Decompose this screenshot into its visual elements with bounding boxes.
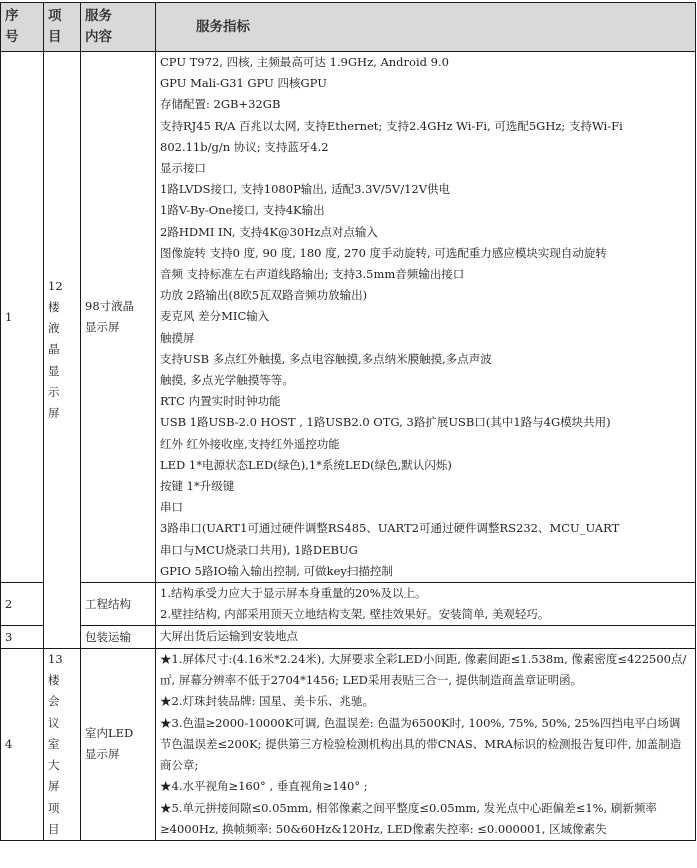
header-item-line: 目 [48, 27, 76, 48]
item-line: 液 [48, 318, 76, 339]
row-details: 大屏出货后运输到安装地点 [156, 626, 696, 649]
detail-line: 2路HDMI IN, 支持4K@30Hz点对点输入 [160, 222, 691, 243]
item-line: 13 [48, 649, 76, 670]
row-number: 3 [1, 626, 44, 649]
detail-line: GPIO 5路IO输入输出控制, 可做key扫描控制 [160, 561, 691, 582]
item-line: 大 [48, 755, 76, 776]
table-row: 1 12 楼 液 晶 显 示 屏 98寸液晶 显示屏 CPU T972, 四核,… [1, 52, 696, 583]
detail-line: 麦克风 差分MIC输入 [160, 306, 691, 327]
row-number: 1 [1, 52, 44, 583]
detail-line: ★1.屏体尺寸:(4.16米*2.24米), 大屏要求全彩LED小间距, 像素间… [160, 649, 691, 691]
detail-line: 支持USB 多点红外触摸, 多点电容触摸,多点纳米膜触摸,多点声波 [160, 349, 691, 370]
detail-line: ★4.水平视角≥160° , 垂直视角≥140° ; [160, 776, 691, 797]
row-details: 1.结构承受力应大于显示屏本身重量的20%及以上。 2.壁挂结构, 内部采用顶天… [156, 583, 696, 626]
detail-line: CPU T972, 四核, 主频最高可达 1.9GHz, Android 9.0 [160, 52, 691, 73]
detail-line: ★5.单元拼接间隙≤0.05mm, 相邻像素之间平整度≤0.05mm, 发光点中… [160, 798, 691, 840]
item-line: 屏 [48, 776, 76, 797]
row-number: 2 [1, 583, 44, 626]
content-line: 显示屏 [85, 744, 151, 765]
row-content: 98寸液晶 显示屏 [81, 52, 156, 583]
item-line: 屏 [48, 403, 76, 424]
item-line: 12 [48, 276, 76, 297]
detail-line: 1.结构承受力应大于显示屏本身重量的20%及以上。 [160, 583, 691, 604]
table-header-row: 序 号 项 目 服务 内容 服务指标 [1, 3, 696, 52]
row-item: 13 楼 会 议 室 大 屏 项 目 [44, 649, 81, 841]
detail-line: ★3.色温≥2000-10000K可调, 色温误差: 色温为6500K时, 10… [160, 713, 691, 777]
item-line: 晶 [48, 339, 76, 360]
content-line: 显示屏 [85, 317, 151, 338]
item-line: 显 [48, 361, 76, 382]
detail-line: RTC 内置实时时钟功能 [160, 391, 691, 412]
detail-line: 1路LVDS接口, 支持1080P输出, 适配3.3V/5V/12V供电 [160, 179, 691, 200]
detail-line: USB 1路USB-2.0 HOST , 1路USB2.0 OTG, 3路扩展U… [160, 412, 691, 433]
header-indicator: 服务指标 [156, 3, 696, 52]
table-row: 4 13 楼 会 议 室 大 屏 项 目 室内LED 显示屏 ★1.屏体尺寸:(… [1, 649, 696, 841]
detail-line: 3路串口(UART1可通过硬件调整RS485、UART2可通过硬件调整RS232… [160, 518, 691, 539]
item-line: 示 [48, 382, 76, 403]
row-details: CPU T972, 四核, 主频最高可达 1.9GHz, Android 9.0… [156, 52, 696, 583]
table-row: 3 包装运输 大屏出货后运输到安装地点 [1, 626, 696, 649]
service-spec-table: 序 号 项 目 服务 内容 服务指标 1 12 楼 液 晶 显 示 [0, 2, 696, 841]
content-line: 98寸液晶 [85, 296, 151, 317]
item-line: 室 [48, 734, 76, 755]
detail-line: 音频 支持标准左右声道线路输出; 支持3.5mm音频输出接口 [160, 264, 691, 285]
header-no: 序 号 [1, 3, 44, 52]
detail-line: 图像旋转 支持0 度, 90 度, 180 度, 270 度手动旋转, 可选配重… [160, 243, 691, 264]
content-line: 室内LED [85, 723, 151, 744]
detail-line: 显示接口 [160, 158, 691, 179]
item-line: 项 [48, 798, 76, 819]
row-details: ★1.屏体尺寸:(4.16米*2.24米), 大屏要求全彩LED小间距, 像素间… [156, 649, 696, 841]
header-content: 服务 内容 [81, 3, 156, 52]
item-line: 会 [48, 691, 76, 712]
detail-line: 2.壁挂结构, 内部采用顶天立地结构支架, 壁挂效果好。安装简单, 美观轻巧。 [160, 604, 691, 625]
detail-line: 存储配置: 2GB+32GB [160, 94, 691, 115]
row-content: 工程结构 [81, 583, 156, 626]
detail-line: 大屏出货后运输到安装地点 [160, 626, 691, 647]
header-item-line: 项 [48, 6, 76, 27]
detail-line: 触摸屏 [160, 328, 691, 349]
detail-line: ★2.灯珠封装品牌: 国星、美卡乐、兆驰。 [160, 691, 691, 712]
detail-line: 串口与MCU烧录口共用), 1路DEBUG [160, 540, 691, 561]
header-no-line: 号 [5, 27, 39, 48]
detail-line: 功放 2路输出(8欧5瓦双路音频功放输出) [160, 285, 691, 306]
row-content: 包装运输 [81, 626, 156, 649]
item-line: 目 [48, 819, 76, 840]
detail-line: 红外 红外接收座,支持红外遥控功能 [160, 434, 691, 455]
detail-line: GPU Mali-G31 GPU 四核GPU [160, 73, 691, 94]
header-content-line: 内容 [85, 27, 151, 48]
detail-line: 串口 [160, 497, 691, 518]
row-content: 室内LED 显示屏 [81, 649, 156, 841]
row-item: 12 楼 液 晶 显 示 屏 [44, 52, 81, 649]
detail-line: 按键 1*升级键 [160, 476, 691, 497]
item-line: 楼 [48, 670, 76, 691]
row-number: 4 [1, 649, 44, 841]
item-line: 议 [48, 713, 76, 734]
detail-line: LED 1*电源状态LED(绿色),1*系统LED(绿色,默认闪烁) [160, 455, 691, 476]
detail-line: 1路V-By-One接口, 支持4K输出 [160, 200, 691, 221]
header-content-line: 服务 [85, 6, 151, 27]
detail-line: 触摸, 多点光学触摸等等。 [160, 370, 691, 391]
header-no-line: 序 [5, 6, 39, 27]
item-line: 楼 [48, 297, 76, 318]
detail-line: 支持RJ45 R/A 百兆以太网, 支持Ethernet; 支持2.4GHz W… [160, 116, 691, 158]
header-item: 项 目 [44, 3, 81, 52]
table-row: 2 工程结构 1.结构承受力应大于显示屏本身重量的20%及以上。 2.壁挂结构,… [1, 583, 696, 626]
